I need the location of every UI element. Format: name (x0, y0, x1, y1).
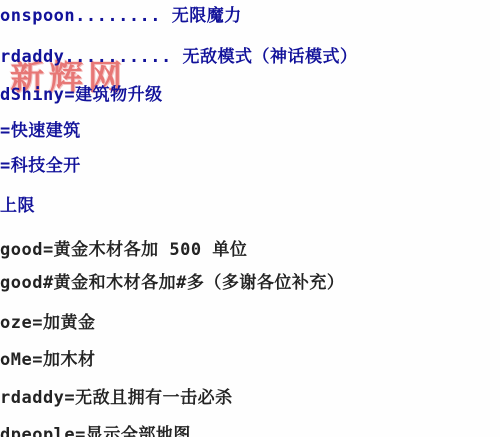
cheat-line-building-upgrade: dShiny=建筑物升级 (0, 85, 163, 105)
cheat-line-gold-wood-500: good=黄金木材各加 500 单位 (0, 240, 247, 260)
cheat-line-add-wood: oMe=加木材 (0, 350, 95, 370)
cheat-line-add-gold: oze=加黄金 (0, 313, 95, 333)
cheat-line-fast-build: =快速建筑 (0, 121, 81, 141)
cheat-line-reveal-map: dpeople=显示全部地图 (0, 425, 191, 437)
cheat-line-unlimited-mana: onspoon........ 无限魔力 (0, 6, 242, 26)
cheat-line-god-mode: rdaddy.......... 无敌模式（神话模式） (0, 47, 358, 67)
cheat-line-one-hit-kill: rdaddy=无敌且拥有一击必杀 (0, 388, 233, 408)
cheat-line-limit: 上限 (0, 196, 35, 216)
cheat-line-all-tech: =科技全开 (0, 156, 81, 176)
cheat-code-document: 新辉网 onspoon........ 无限魔力 rdaddy.........… (0, 0, 500, 437)
cheat-line-gold-wood-amount: good#黄金和木材各加#多（多谢各位补充） (0, 273, 344, 293)
